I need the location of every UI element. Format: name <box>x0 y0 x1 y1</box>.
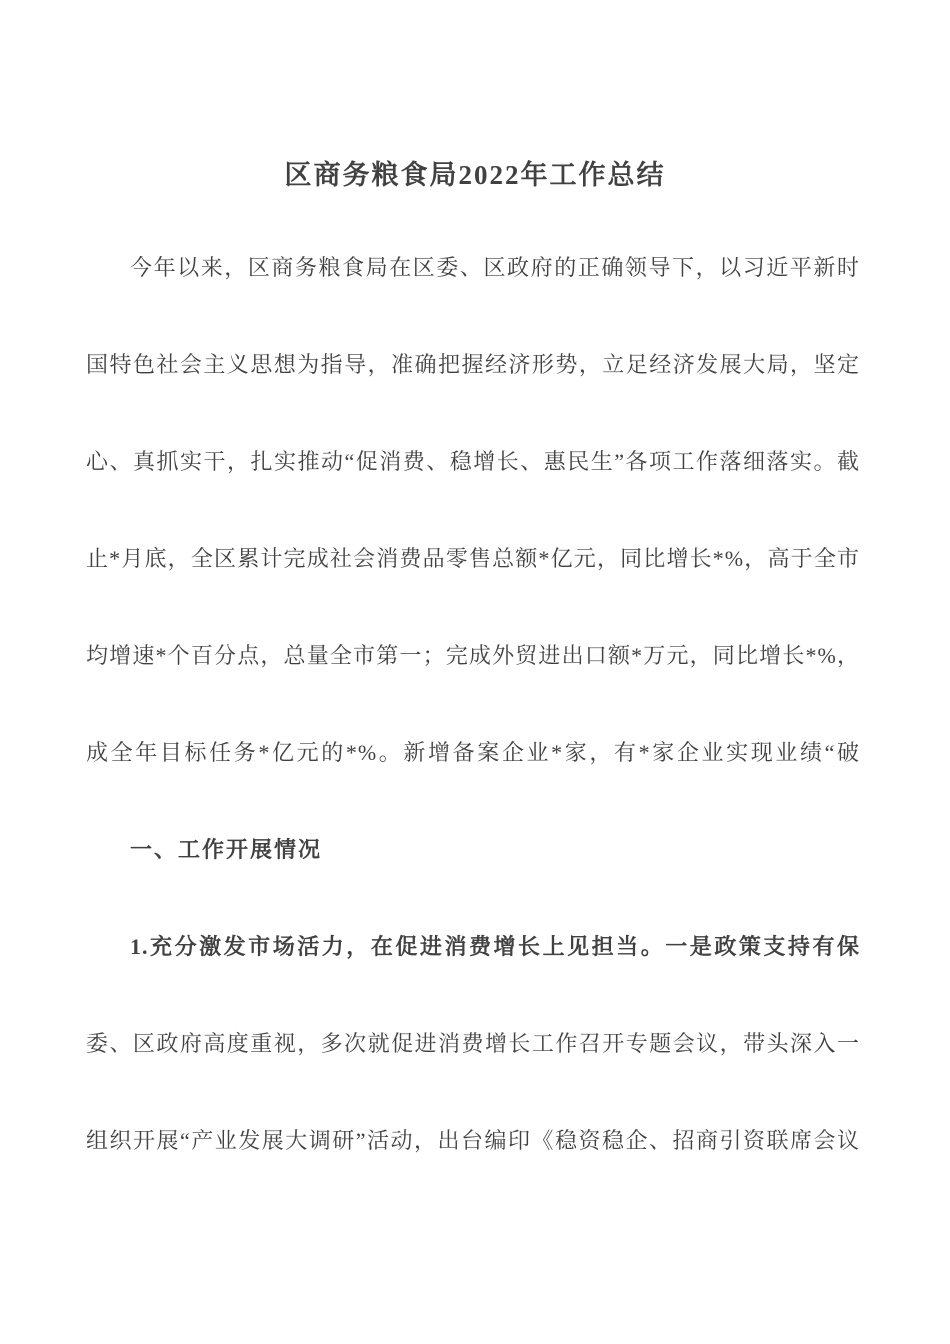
intro-paragraph-line-4: 止*月底，全区累计完成社会消费品零售总额*亿元，同比增长*%，高于全市平 <box>86 510 860 607</box>
intro-paragraph-line-1: 今年以来，区商务粮食局在区委、区政府的正确领导下，以习近平新时代中 <box>86 219 860 316</box>
intro-paragraph-line-3: 心、真抓实干，扎实推动“促消费、稳增长、惠民生”各项工作落细落实。截 <box>86 413 860 510</box>
item1-lead-bold-text: 1.充分激发市场活力，在促进消费增长上见担当。一是政策支持有保障。 <box>130 934 860 995</box>
item1-paragraph-line-3: 组织开展“产业发展大调研”活动，出台编印《稳资稳企、招商引资联席会议 <box>86 1092 860 1189</box>
intro-paragraph-line-2: 国特色社会主义思想为指导，准确把握经济形势，立足经济发展大局，坚定信 <box>86 316 860 413</box>
intro-paragraph-line-5: 均增速*个百分点，总量全市第一；完成外贸进出口额*万元，同比增长*%，完 <box>86 607 860 704</box>
intro-paragraph-line-6: 成全年目标任务*亿元的*%。新增备案企业*家，有*家企业实现业绩“破零”。 <box>86 704 860 801</box>
document-page: 区商务粮食局2022年工作总结 今年以来，区商务粮食局在区委、区政府的正确领导下… <box>0 0 950 1344</box>
section-heading: 一、工作开展情况 <box>86 801 860 898</box>
document-body: 今年以来，区商务粮食局在区委、区政府的正确领导下，以习近平新时代中 国特色社会主… <box>0 219 950 1189</box>
document-title: 区商务粮食局2022年工作总结 <box>0 0 950 194</box>
item1-paragraph-line-2: 委、区政府高度重视，多次就促进消费增长工作召开专题会议，带头深入一线 <box>86 995 860 1092</box>
item1-paragraph-line-1: 1.充分激发市场活力，在促进消费增长上见担当。一是政策支持有保障。区 <box>86 898 860 995</box>
